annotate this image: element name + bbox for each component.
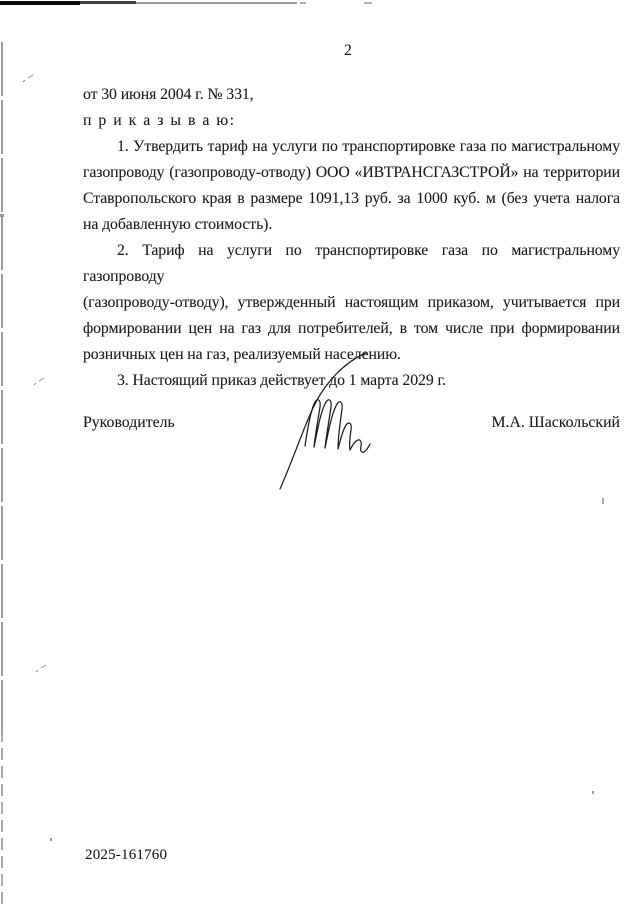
paragraph-line: на добавленную стоимость).: [83, 212, 620, 238]
paragraph-line: формировании цен на газ для потребителей…: [83, 316, 620, 342]
scan-speck: [592, 791, 594, 794]
paragraph-line: 1. Утвердить тариф на услуги по транспор…: [83, 134, 620, 160]
scan-speck: [50, 838, 52, 841]
scan-top-edge-bar: [0, 1, 80, 5]
fold-mark-icon: [35, 663, 48, 673]
order-date-line: от 30 июня 2004 г. № 331,: [83, 82, 620, 108]
handwritten-signature: [258, 348, 380, 500]
scan-left-border-line: [1, 42, 3, 730]
fold-mark-icon: [22, 73, 35, 83]
fold-mark-icon: [33, 376, 46, 386]
scan-top-edge-bar: [80, 1, 136, 4]
document-code: 2025-161760: [85, 842, 167, 868]
document-page: 2 от 30 июня 2004 г. № 331, п р и к а з …: [0, 0, 640, 905]
paragraph-line: 2. Тариф на услуги по транспортировке га…: [83, 238, 620, 290]
page-number: 2: [283, 38, 413, 64]
scan-top-edge-dash: [300, 2, 306, 4]
order-verb-line: п р и к а з ы в а ю:: [83, 108, 620, 134]
scan-left-border-line: [1, 730, 3, 905]
paragraph-line: Ставропольского края в размере 1091,13 р…: [83, 186, 620, 212]
paragraph-line: газопроводу (газопроводу-отводу) ООО «ИВ…: [83, 160, 620, 186]
paragraph-line: (газопроводу-отводу), утвержденный насто…: [83, 290, 620, 316]
scan-left-tick: [0, 214, 4, 217]
signatory-name: М.А. Шаскольский: [491, 410, 620, 436]
scan-top-edge-dash: [364, 2, 372, 4]
signatory-role: Руководитель: [83, 410, 175, 436]
scan-speck: [602, 498, 604, 504]
scan-top-edge-bar: [136, 2, 297, 4]
paragraph-1: 1. Утвердить тариф на услуги по транспор…: [83, 134, 620, 238]
